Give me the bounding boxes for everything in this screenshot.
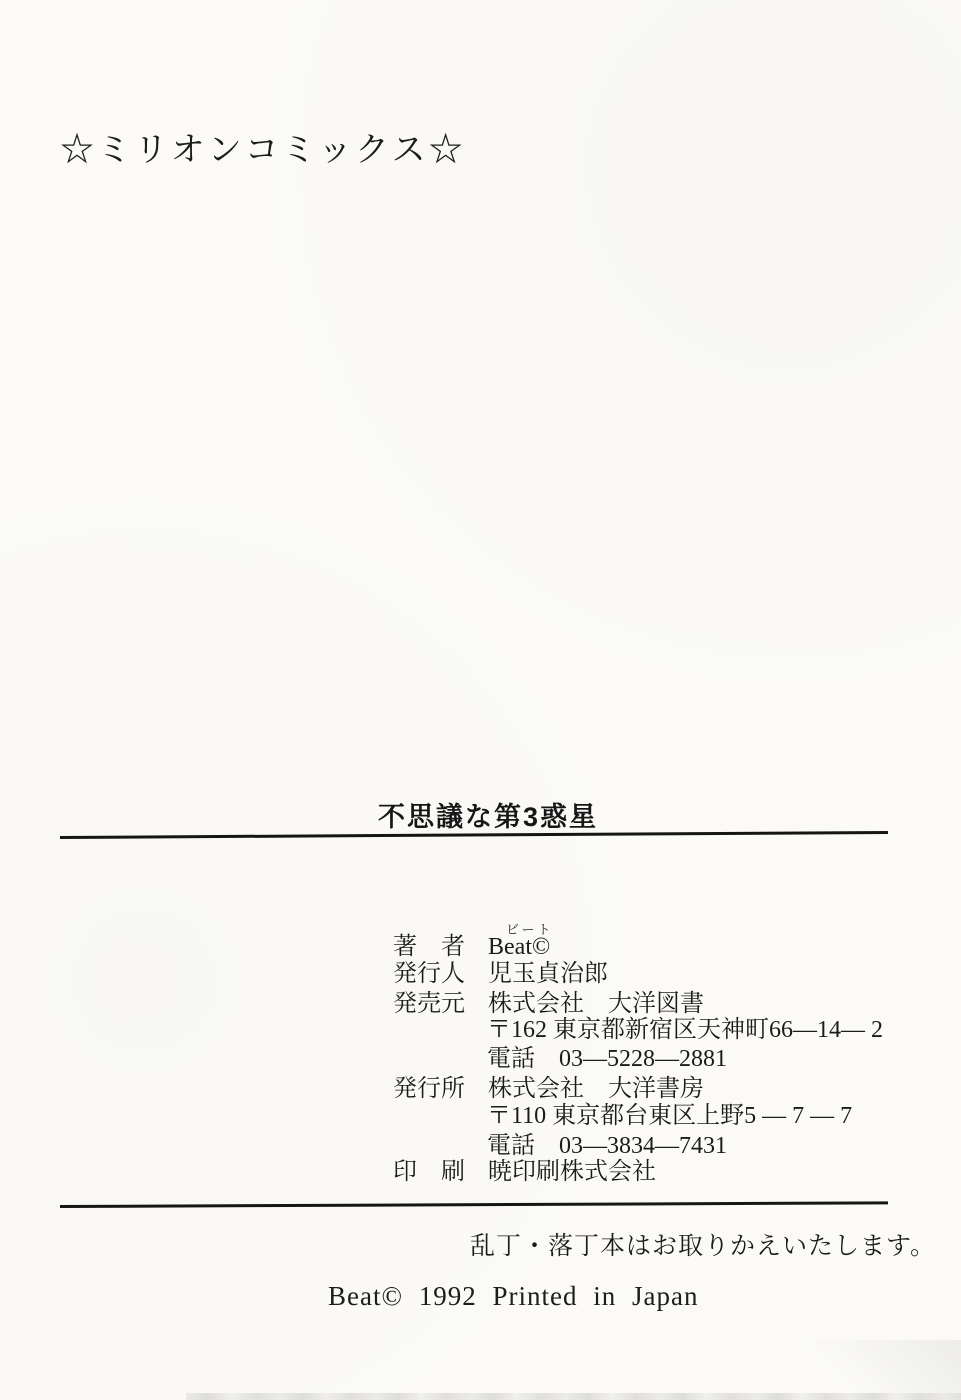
author-label: 著 者	[393, 933, 465, 961]
printer-label: 印 刷	[393, 1158, 465, 1186]
author-value: Beat©	[488, 933, 550, 961]
sales-phone: 電話 03―5228―2881	[487, 1045, 727, 1073]
sales-value: 株式会社 大洋図書	[488, 990, 704, 1018]
sales-label: 発売元	[393, 990, 465, 1018]
printer-value: 暁印刷株式会社	[488, 1158, 656, 1186]
copyright-line: Beat© 1992 Printed in Japan	[328, 1281, 698, 1312]
publisher-address: 〒110 東京都台東区上野5 ― 7 ― 7	[487, 1102, 852, 1130]
scan-corner-shading	[791, 1340, 961, 1400]
defective-copy-notice: 乱丁・落丁本はお取りかえいたします。	[470, 1226, 936, 1262]
colophon-page: ☆ミリオンコミックス☆ 不思議な第3惑星 ビート 著 者 Beat© 発行人 児…	[0, 0, 961, 1400]
publisher-value: 株式会社 大洋書房	[488, 1075, 704, 1103]
publisher-person-label: 発行人	[393, 960, 465, 988]
publisher-label: 発行所	[393, 1075, 465, 1103]
sales-address: 〒162 東京都新宿区天神町66―14― 2	[487, 1016, 883, 1044]
publisher-phone: 電話 03―3834―7431	[487, 1132, 727, 1160]
scan-edge-artifact	[186, 1393, 961, 1400]
colophon-block: ビート 著 者 Beat© 発行人 児玉貞治郎 発売元 株式会社 大洋図書 〒1…	[0, 0, 961, 1400]
publisher-person-value: 児玉貞治郎	[488, 960, 608, 988]
